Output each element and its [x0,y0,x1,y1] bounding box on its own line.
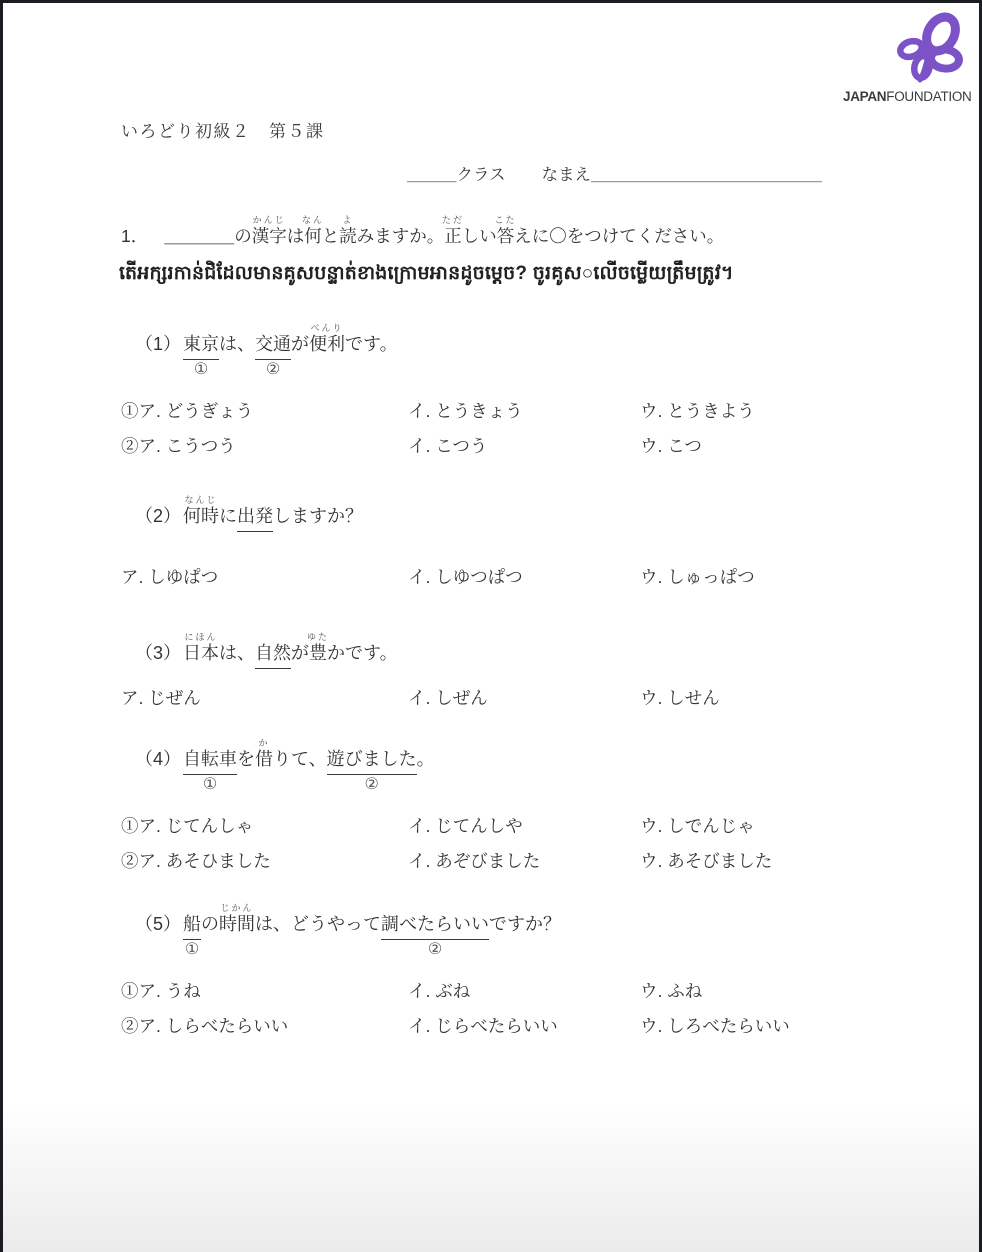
text-segment: が [291,332,309,357]
answer-option: ①ア. うね [121,978,408,1003]
text-segment: 漢字かんじ [252,224,287,249]
answer-option: ウ. あそびました [640,848,772,873]
furigana: なん [302,216,324,225]
khmer-instruction: តើអក្សរកាន់ជិដែលមានគូសបន្ទាត់ខាងក្រោមអាន… [119,261,734,289]
text-segment: 正ただ [444,224,462,249]
answer-options: ①ア. じてんしゃイ. じてんしやウ. しでんじゃ②ア. あそひましたイ. あぞ… [121,808,772,878]
text-segment: と [322,224,340,249]
answer-option: ①ア. どうぎょう [121,398,408,423]
underlined-text: 自然 [255,641,291,669]
furigana: こた [494,216,516,225]
underlined-text: 東京① [183,332,219,360]
text-segment: りて、 [273,747,327,772]
text-segment: 日本にほん [183,641,219,666]
worksheet-title: いろどり初級２ 第５課 [121,117,325,142]
question-block-3: （3）日本にほんは、自然が豊ゆたかです。ア. じぜんイ. しぜんウ. しせん [121,628,720,715]
text-segment: 何時なんじ [183,504,219,529]
furigana: なんじ [185,496,218,505]
underlined-text: 船① [183,912,201,940]
wordmark-japan: JAPAN [843,89,886,104]
answer-option: ①ア. じてんしゃ [121,813,408,838]
question-block-1: （1）東京①は、交通②が便利べんりです。①ア. どうぎょうイ. とうきょうウ. … [121,319,755,463]
furigana: ただ [442,216,464,225]
answer-options: ①ア. どうぎょうイ. とうきょうウ. とうきよう②ア. こうつうイ. こつうウ… [121,393,755,463]
answer-options: ア. じぜんイ. しぜんウ. しせん [121,680,720,715]
furigana: よ [342,216,353,225]
text-segment: は [287,224,305,249]
butterfly-flower-icon [895,9,965,83]
answer-option: ウ. ふね [640,978,790,1003]
question-block-2: （2）何時なんじに出発しますか？ア. しゆぱつイ. しゆつぱつウ. しゅっぱつ [121,491,755,594]
question-sentence: （4）自転車①を借かりて、遊びました②。 [121,734,772,775]
question-sentence: （3）日本にほんは、自然が豊ゆたかです。 [121,628,720,669]
section-instruction-text: ＿＿＿＿の漢字かんじは何なんと読よみますか。正ただしい答こたえに〇をつけてくださ… [164,226,724,246]
furigana: かんじ [253,216,286,225]
text-segment: 便利べんり [309,332,345,357]
answer-option: イ. しぜん [408,685,640,710]
answer-option-row: ①ア. うねイ. ぶねウ. ふね [121,973,790,1008]
question-number: （2） [135,506,181,526]
text-segment: の [234,224,252,249]
furigana: ゆた [307,633,329,642]
question-block-4: （4）自転車①を借かりて、遊びました②。①ア. じてんしゃイ. じてんしやウ. … [121,734,772,878]
text-segment: を [237,747,255,772]
answer-option-row: ②ア. こうつうイ. こつうウ. こつ [121,428,755,463]
text-segment: みますか。 [357,224,445,249]
answer-option: イ. しゆつぱつ [408,564,640,589]
class-label: クラス [457,166,506,184]
answer-option: ウ. とうきよう [640,398,755,423]
text-segment: 豊ゆた [309,641,327,666]
circled-number-marker: ② [428,942,442,958]
answer-options: ア. しゆぱつイ. しゆつぱつウ. しゅっぱつ [121,559,755,594]
question-block-5: （5）船①の時間じかんは、どうやって調べたらいい②ですか？①ア. うねイ. ぶね… [121,899,790,1043]
circled-number-marker: ② [266,362,280,378]
text-segment: の [201,912,219,937]
name-label: なまえ [542,166,592,184]
answer-option: イ. とうきょう [408,398,640,423]
circled-number-marker: ① [185,942,199,958]
text-segment: 。 [417,747,435,772]
answer-option: ②ア. あそひました [121,848,408,873]
question-sentence: （5）船①の時間じかんは、どうやって調べたらいい②ですか？ [121,899,790,940]
text-segment: は、 [219,641,255,666]
class-name-line: ＿＿＿クラスなまえ＿＿＿＿＿＿＿＿＿＿＿＿＿＿ [407,161,822,185]
answer-option-row: ア. じぜんイ. しぜんウ. しせん [121,680,720,715]
question-sentence: （2）何時なんじに出発しますか？ [121,491,755,532]
answer-option: イ. じてんしや [408,813,640,838]
class-blank: ＿＿＿ [407,166,457,184]
text-segment: えに〇をつけてください。 [514,224,724,249]
answer-option: ②ア. しらべたらいい [121,1013,408,1038]
furigana: か [259,739,270,748]
answer-option: ア. じぜん [121,685,408,710]
text-segment: 借か [255,747,273,772]
text-segment: 答こた [497,224,515,249]
circled-number-marker: ① [194,362,208,378]
furigana: にほん [185,633,218,642]
text-segment: 読よ [339,224,357,249]
page-bottom-shadow [3,1102,979,1252]
wordmark-foundation: FOUNDATION [886,89,971,104]
question-number: （3） [135,643,181,663]
answer-option: ウ. しでんじゃ [640,813,772,838]
answer-option-row: ア. しゆぱつイ. しゆつぱつウ. しゅっぱつ [121,559,755,594]
answer-options: ①ア. うねイ. ぶねウ. ふね②ア. しらべたらいいイ. じらべたらいいウ. … [121,973,790,1043]
question-number: （1） [135,334,181,354]
text-segment: しますか？ [273,504,363,529]
answer-option: ②ア. こうつう [121,433,408,458]
circled-number-marker: ① [203,777,217,793]
text-segment: が [291,641,309,666]
answer-option: ウ. こつ [640,433,755,458]
answer-option: イ. こつう [408,433,640,458]
underlined-text: 遊びました② [327,747,417,775]
question-number: （4） [135,749,181,769]
text-segment: です。 [345,332,398,357]
underlined-text: 調べたらいい② [381,912,489,940]
japan-foundation-logo: JAPANFOUNDATION [843,9,967,104]
answer-option: ア. しゆぱつ [121,564,408,589]
circled-number-marker: ② [364,777,378,793]
underlined-text: 交通② [255,332,291,360]
underlined-text: 出発 [237,504,273,532]
text-segment: ですか？ [489,912,561,937]
section1-instruction: 1．＿＿＿＿の漢字かんじは何なんと読よみますか。正ただしい答こたえに〇をつけてく… [121,211,724,249]
section-number: 1． [121,226,148,246]
underlined-text: 自転車① [183,747,237,775]
text-segment: は、どうやって [255,912,381,937]
text-segment: かです。 [327,641,398,666]
answer-option-row: ②ア. しらべたらいいイ. じらべたらいいウ. しろべたらいい [121,1008,790,1043]
text-segment: は、 [219,332,255,357]
text-segment: ＿＿＿＿ [164,224,234,249]
text-segment: しい [462,224,497,249]
answer-option: ウ. しせん [640,685,720,710]
answer-option-row: ①ア. じてんしゃイ. じてんしやウ. しでんじゃ [121,808,772,843]
answer-option: ウ. しろべたらいい [640,1013,790,1038]
text-segment: 時間じかん [219,912,255,937]
japan-foundation-wordmark: JAPANFOUNDATION [843,89,967,104]
furigana: べんり [311,324,344,333]
text-segment: に [219,504,237,529]
answer-option-row: ①ア. どうぎょうイ. とうきょうウ. とうきよう [121,393,755,428]
answer-option-row: ②ア. あそひましたイ. あぞびましたウ. あそびました [121,843,772,878]
answer-option: イ. ぶね [408,978,640,1003]
answer-option: ウ. しゅっぱつ [640,564,755,589]
answer-option: イ. じらべたらいい [408,1013,640,1038]
answer-option: イ. あぞびました [408,848,640,873]
name-blank: ＿＿＿＿＿＿＿＿＿＿＿＿＿＿ [591,166,822,184]
question-number: （5） [135,914,181,934]
furigana: じかん [221,904,254,913]
text-segment: 何なん [304,224,322,249]
question-sentence: （1）東京①は、交通②が便利べんりです。 [121,319,755,360]
